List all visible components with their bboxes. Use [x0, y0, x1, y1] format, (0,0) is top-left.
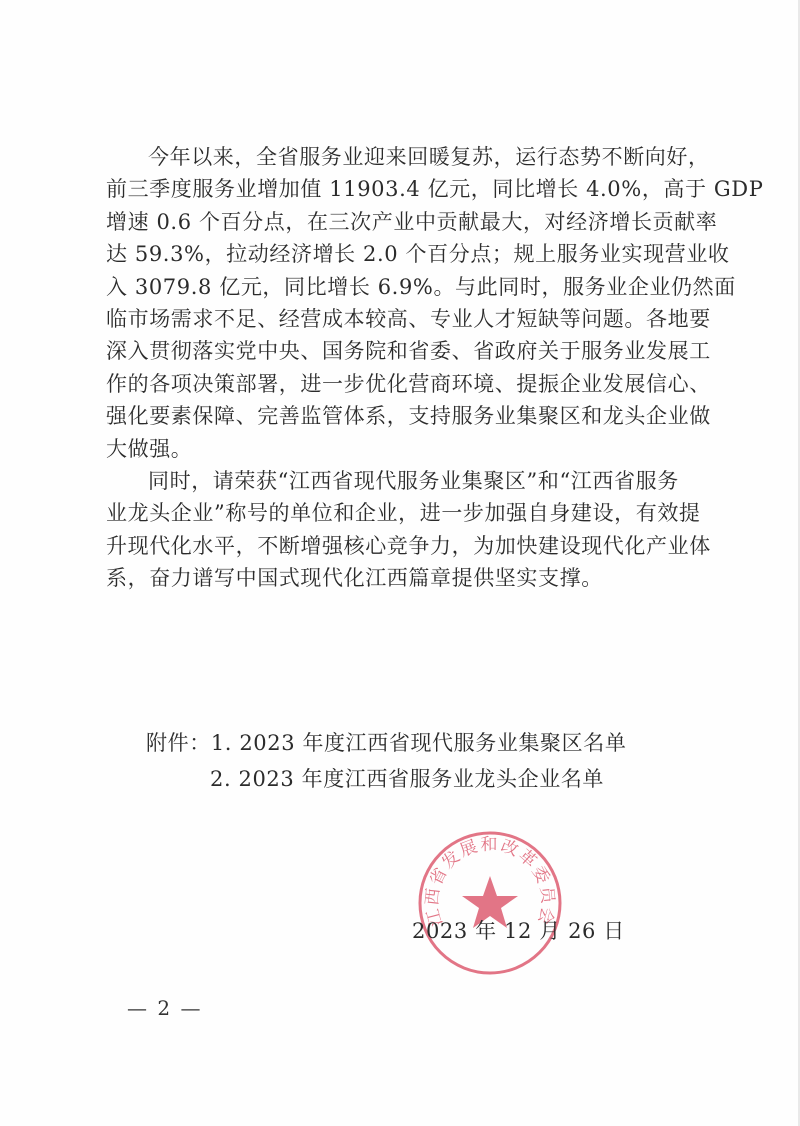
paragraph-1-line: 作的各项决策部署，进一步优化营商环境、提振企业发展信心、	[106, 368, 698, 400]
attachment-item-2: 2. 2023 年度江西省服务业龙头企业名单	[146, 761, 626, 797]
paragraph-1-line: 增速 0.6 个百分点，在三次产业中贡献最大，对经济增长贡献率	[106, 206, 698, 238]
paragraph-1-line: 深入贯彻落实党中央、国务院和省委、省政府关于服务业发展工	[106, 335, 698, 367]
document-body: 今年以来，全省服务业迎来回暖复苏，运行态势不断向好， 前三季度服务业增加值 11…	[106, 141, 698, 594]
document-date: 2023 年 12 月 26 日	[412, 915, 625, 945]
paragraph-1-line: 达 59.3%，拉动经济增长 2.0 个百分点；规上服务业实现营业收	[106, 238, 698, 270]
paragraph-1-line: 前三季度服务业增加值 11903.4 亿元，同比增长 4.0%，高于 GDP	[106, 173, 698, 205]
attachment-item-1-text: 1. 2023 年度江西省现代服务业集聚区名单	[211, 731, 627, 755]
paragraph-1-line: 入 3079.8 亿元，同比增长 6.9%。与此同时，服务业企业仍然面	[106, 271, 698, 303]
attachments-list: 附件：1. 2023 年度江西省现代服务业集聚区名单 2. 2023 年度江西省…	[146, 725, 626, 797]
paragraph-1-line: 强化要素保障、完善监管体系，支持服务业集聚区和龙头企业做	[106, 400, 698, 432]
paragraph-2-line: 升现代化水平，不断增强核心竞争力，为加快建设现代化产业体	[106, 530, 698, 562]
document-page: 今年以来，全省服务业迎来回暖复苏，运行态势不断向好， 前三季度服务业增加值 11…	[0, 0, 800, 1126]
paragraph-1-line: 大做强。	[106, 433, 698, 465]
paragraph-2-line: 系，奋力谱写中国式现代化江西篇章提供坚实支撑。	[106, 562, 698, 594]
paragraph-2-line: 同时，请荣获“江西省现代服务业集聚区”和“江西省服务	[106, 465, 698, 497]
paragraph-2-line: 业龙头企业”称号的单位和企业，进一步加强自身建设，有效提	[106, 497, 698, 529]
attachments-label: 附件：	[146, 731, 211, 755]
page-number: — 2 —	[127, 996, 202, 1020]
attachment-item-1: 附件：1. 2023 年度江西省现代服务业集聚区名单	[146, 725, 626, 761]
official-seal-icon: 江西省发展和改革委员会	[415, 828, 565, 978]
paragraph-1-line: 今年以来，全省服务业迎来回暖复苏，运行态势不断向好，	[106, 141, 698, 173]
paragraph-1-line: 临市场需求不足、经营成本较高、专业人才短缺等问题。各地要	[106, 303, 698, 335]
